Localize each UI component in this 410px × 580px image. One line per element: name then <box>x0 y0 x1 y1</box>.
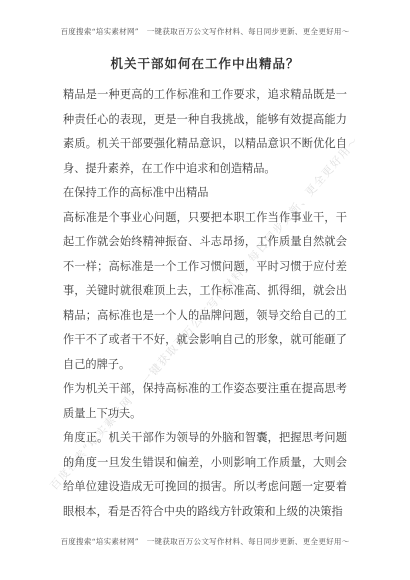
section-subheading: 在保持工作的高标准中出精品 <box>63 181 347 206</box>
document-body: 精品是一种更高的工作标准和工作要求，追求精品既是一种责任心的表现，更是一种自我挑… <box>63 83 347 529</box>
document-page: 百度搜索“培实素材网” 一键获取百万公文写作材料、每日同步更新、更全更好用～ 百… <box>0 0 410 580</box>
body-paragraph: 角度正。机关干部作为领导的外脑和智囊，把握思考问题的角度一旦发生错误和偏差，小则… <box>63 426 347 524</box>
body-paragraph: 高标准是个事业心问题，只要把本职工作当作事业干，干起工作就会始终精神振奋、斗志昂… <box>63 206 347 378</box>
body-paragraph: 作为机关干部，保持高标准的工作姿态要注重在提高思考质量上下功夫。 <box>63 377 347 426</box>
footer-note: 百度搜索“培实素材网” 一键获取百万公文写作材料、每日同步更新、更全更好用～ <box>0 536 410 547</box>
page-title: 机关干部如何在工作中出精品？ <box>0 54 410 72</box>
header-note: 百度搜索“培实素材网” 一键获取百万公文写作材料、每日同步更新、更全更好用～ <box>0 26 410 37</box>
body-paragraph: 精品是一种更高的工作标准和工作要求，追求精品既是一种责任心的表现，更是一种自我挑… <box>63 83 347 181</box>
